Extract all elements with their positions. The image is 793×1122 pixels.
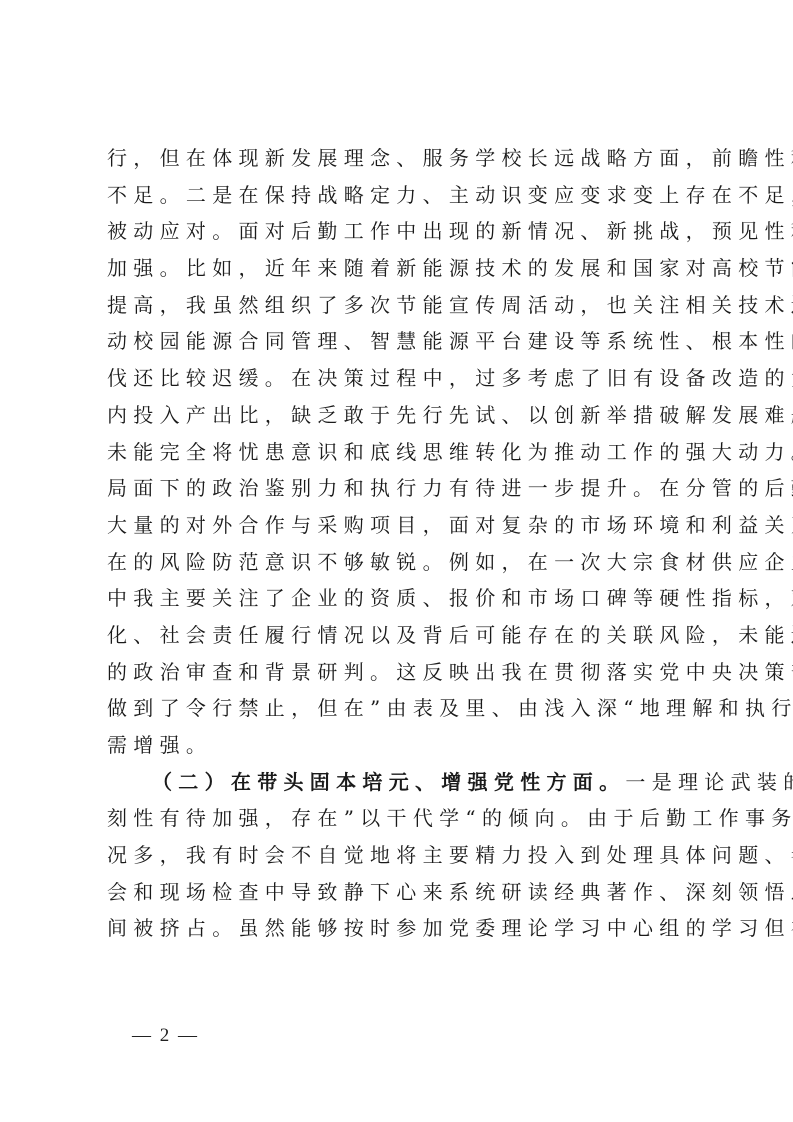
text-line: 做到了令行禁止，但在”由表及里、由浅入深“地理解和执行上，穿透力还 (107, 690, 693, 727)
text-line: 化、社会责任履行情况以及背后可能存在的关联风险，未能进行更为深入 (107, 617, 693, 654)
document-page: 行，但在体现新发展理念、服务学校长远战略方面，前瞻性和引领性稍显 不足。二是在保… (0, 0, 793, 1122)
text-line: 提高，我虽然组织了多次节能宣传周活动，也关注相关技术进展，但在推 (107, 287, 693, 324)
paragraph-2: （二）在带头固本培元、增强党性方面。一是理论武装的系统性和深 刻性有待加强，存在… (107, 764, 697, 947)
text-line: 加强。比如，近年来随着新能源技术的发展和国家对高校节能降耗要求的 (107, 250, 693, 287)
text-line: 况多，我有时会不自觉地将主要精力投入到处理具体问题、参加各类协调 (107, 837, 693, 874)
text-line: 不足。二是在保持战略定力、主动识变应变求变上存在不足，有时习惯于 (107, 177, 693, 214)
document-body: 行，但在体现新发展理念、服务学校长远战略方面，前瞻性和引领性稍显 不足。二是在保… (107, 140, 697, 947)
text-line: 行，但在体现新发展理念、服务学校长远战略方面，前瞻性和引领性稍显 (107, 140, 693, 177)
text-line: 大量的对外合作与采购项目，面对复杂的市场环境和利益关系，有时对潜 (107, 507, 693, 544)
text-run: 一是理论武装的系统性和深 (625, 770, 793, 794)
text-line: 局面下的政治鉴别力和执行力有待进一步提升。在分管的后勤领域，涉及 (107, 470, 693, 507)
text-line: 动校园能源合同管理、智慧能源平台建设等系统性、根本性的变革上，步 (107, 323, 693, 360)
text-line: 未能完全将忧患意识和底线思维转化为推动工作的强大动力。三是在复杂 (107, 434, 693, 471)
text-line: 内投入产出比，缺乏敢于先行先试、以创新举措破解发展难题的战略魄力， (107, 397, 693, 434)
text-line: 会和现场检查中导致静下心来系统研读经典著作、深刻领悟思想伟力的时 (107, 874, 693, 911)
section-heading: （二）在带头固本培元、增强党性方面。 (152, 770, 625, 794)
paragraph-1: 行，但在体现新发展理念、服务学校长远战略方面，前瞻性和引领性稍显 不足。二是在保… (107, 140, 697, 764)
text-line: 中我主要关注了企业的资质、报价和市场口碑等硬性指标，对于其企业文 (107, 580, 693, 617)
page-number: — 2 — (132, 1025, 199, 1047)
text-line: （二）在带头固本培元、增强党性方面。一是理论武装的系统性和深 (107, 764, 693, 801)
text-line: 被动应对。面对后勤工作中出现的新情况、新挑战，预见性和主动性有待 (107, 213, 693, 250)
text-line: 伐还比较迟缓。在决策过程中，过多考虑了旧有设备改造的复杂性和短期 (107, 360, 693, 397)
text-line: 需增强。 (107, 727, 693, 764)
text-line: 间被挤占。虽然能够按时参加党委理论学习中心组的学习但在个人自学 (107, 910, 693, 947)
text-line: 刻性有待加强，存在”以干代学“的倾向。由于后勤工作事务繁杂、突发情 (107, 800, 693, 837)
text-line: 的政治审查和背景研判。这反映出我在贯彻落实党中央决策部署时，虽然 (107, 654, 693, 691)
text-line: 在的风险防范意识不够敏锐。例如，在一次大宗食材供应企业的遴选过程 (107, 544, 693, 581)
